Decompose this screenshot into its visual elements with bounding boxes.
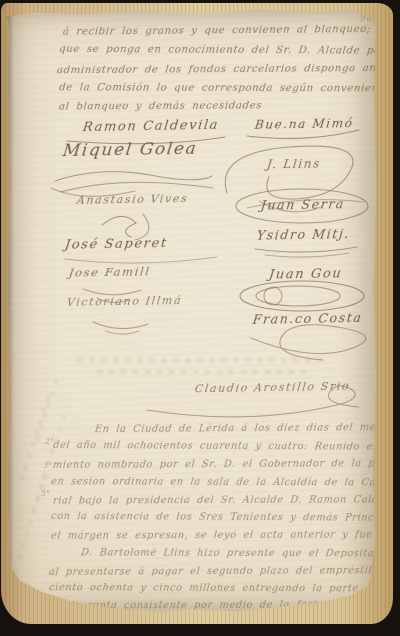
manuscript-line: miento nombrado por el Sr. D. el Goberna… bbox=[52, 458, 400, 471]
flourish-oval-gou-2 bbox=[256, 286, 340, 306]
manuscript-line: con la asistencia de los Sres Tenientes … bbox=[51, 511, 400, 524]
signature-victoriano-illma: Victoriano Illmá bbox=[66, 294, 183, 309]
signature-j-llins: J. Llins bbox=[266, 157, 322, 172]
flourish-oval-gou bbox=[240, 281, 364, 311]
signature-anastasio-vives: Anastasio Vives bbox=[76, 192, 189, 207]
signature-jose-famill: Jose Famill bbox=[68, 264, 151, 279]
flourish-rubric-vives bbox=[102, 216, 136, 237]
flourish-strike-golea bbox=[55, 172, 212, 181]
manuscript-line: rial bajo la presidencia del Sr. Alcalde… bbox=[52, 494, 400, 506]
flourish-underline-saperet bbox=[65, 257, 217, 263]
flourish-rubric-illma bbox=[93, 322, 148, 329]
flourish-underline-ysidro-2 bbox=[265, 253, 349, 257]
flourish-loop-llins bbox=[225, 146, 353, 199]
manuscript-line: al blanqueo y demás necesidades bbox=[58, 100, 262, 112]
manuscript-line: de la Comisión lo que corresponda según … bbox=[58, 82, 400, 94]
signature-ysidro-mitj: Ysidro Mitj. bbox=[256, 226, 351, 243]
signature-ramon-caldevila: Ramon Caldevila bbox=[82, 118, 220, 135]
flourish-underline-ysidro bbox=[255, 247, 357, 252]
flourish-swirl-costa bbox=[251, 325, 366, 360]
signature-franco-costa: Fran.co Costa bbox=[252, 310, 364, 327]
signature-miquel-golea: Miquel Golea bbox=[62, 139, 199, 161]
manuscript-scan: 9a á recibir los granos y que convienen … bbox=[0, 0, 400, 636]
manuscript-line: del año mil ochocientos cuarenta y cuatr… bbox=[52, 440, 400, 453]
manuscript-line: al presentarse á pagar el segundo plazo … bbox=[48, 565, 400, 578]
manuscript-line: D. Bartolomé Llins hizo presente que el … bbox=[80, 547, 390, 559]
signature-juan-serra: Juan Serra bbox=[260, 196, 346, 212]
signature-secretary: Claudio Arostillo Srio bbox=[194, 380, 351, 396]
signature-juan-gou: Juan Gou bbox=[268, 266, 343, 282]
signature-jose-saperet: José Saperet bbox=[64, 236, 169, 253]
manuscript-line: En la Ciudad de Lérida á los diez dias d… bbox=[94, 422, 400, 435]
ink-bleed-mark bbox=[97, 370, 307, 374]
flourish-strike-golea-2 bbox=[61, 182, 213, 192]
flourish-oval-gou-3 bbox=[264, 287, 282, 305]
manuscript-line: administrador de los fondos carcelarios … bbox=[56, 63, 400, 77]
flourish-rubric-illma-2 bbox=[106, 331, 139, 334]
manuscript-line: el márgen se espresan, se leyó el acta a… bbox=[50, 529, 400, 541]
manuscript-line: ciento ochenta y cinco millones entregan… bbox=[48, 582, 400, 594]
ink-bleed-mark bbox=[13, 475, 48, 571]
ink-bleed-mark bbox=[77, 358, 327, 362]
manuscript-page: 9a á recibir los granos y que convienen … bbox=[7, 9, 377, 613]
signature-buena-mimo: Bue.na Mimó bbox=[254, 116, 354, 132]
manuscript-line: en sesion ordinaria en la sala de la Alc… bbox=[50, 476, 400, 488]
manuscript-line: que se ponga en conocimiento del Sr. D. … bbox=[59, 44, 400, 57]
manuscript-line: á recibir los granos y que convienen al … bbox=[62, 23, 400, 37]
